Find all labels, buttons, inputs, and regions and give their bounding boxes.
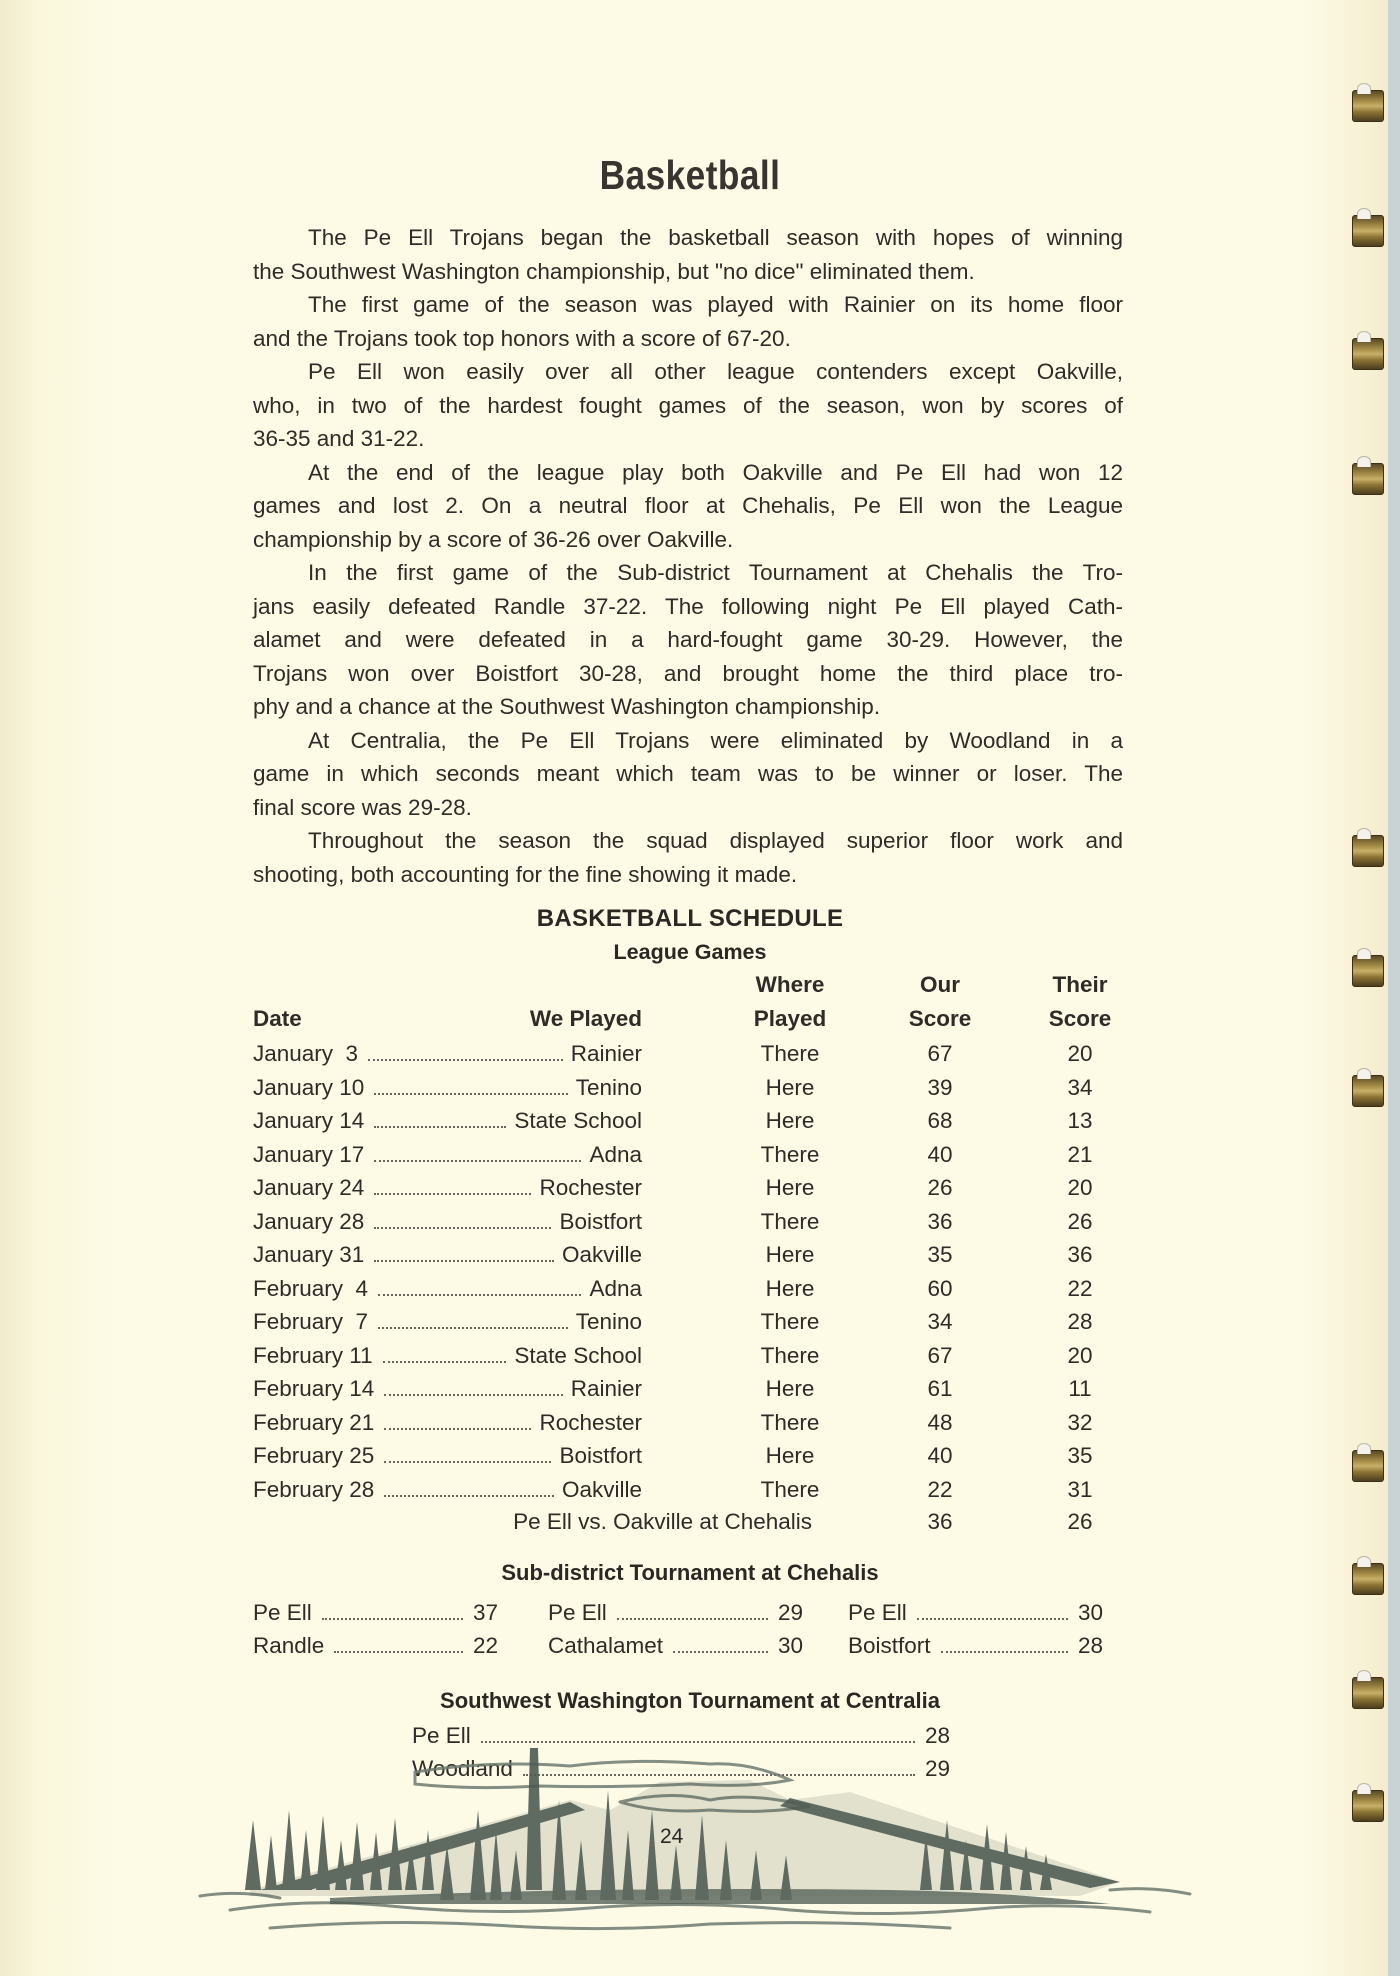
binding-ring-icon	[1352, 835, 1384, 867]
body-line: Pe Ell won easily over all other league …	[253, 355, 1123, 389]
opponent-name: Tenino	[576, 1309, 642, 1335]
where-played: There	[730, 1343, 850, 1369]
where-played: Here	[730, 1242, 850, 1268]
their-score: 32	[1020, 1410, 1140, 1436]
body-line: the Southwest Washington championship, b…	[253, 255, 1123, 289]
body-line: championship by a score of 36-26 over Oa…	[253, 523, 1123, 557]
body-paragraph: Pe Ell won easily over all other league …	[253, 355, 1123, 456]
body-line: Trojans won over Boistfort 30-28, and br…	[253, 657, 1123, 691]
game-date: February 28	[253, 1477, 374, 1503]
where-played: There	[730, 1477, 850, 1503]
team-name: Pe Ell	[253, 1600, 312, 1626]
opponent-name: Oakville	[562, 1242, 642, 1268]
date-opponent-cell: February 14Rainier	[253, 1376, 642, 1402]
dot-leader	[374, 1160, 581, 1162]
opponent-name: Boistfort	[559, 1209, 642, 1235]
body-line: phy and a chance at the Southwest Washin…	[253, 690, 1123, 724]
binding-ring-icon	[1352, 338, 1384, 370]
their-score: 36	[1020, 1242, 1140, 1268]
column-header-their-top: Their	[1020, 972, 1140, 998]
team-score: 30	[1078, 1600, 1103, 1626]
our-score: 60	[880, 1276, 1000, 1302]
team-score: 37	[473, 1600, 498, 1626]
game-date: February 21	[253, 1410, 374, 1436]
opponent-name: Tenino	[576, 1075, 642, 1101]
column-header-our-top: Our	[880, 972, 1000, 998]
game-date: February 14	[253, 1376, 374, 1402]
body-line: Throughout the season the squad displaye…	[253, 824, 1123, 858]
team-score: 22	[473, 1633, 498, 1659]
their-score: 34	[1020, 1075, 1140, 1101]
column-header-their-bottom: Score	[1020, 1006, 1140, 1032]
our-score: 26	[880, 1175, 1000, 1201]
their-score: 31	[1020, 1477, 1140, 1503]
their-score: 28	[1020, 1309, 1140, 1335]
centralia-heading: Southwest Washington Tournament at Centr…	[0, 1688, 1380, 1714]
date-opponent-cell: February 28Oakville	[253, 1477, 642, 1503]
game-date: February 4	[253, 1276, 368, 1302]
subdistrict-heading: Sub-district Tournament at Chehalis	[0, 1560, 1380, 1586]
subdistrict-result: Cathalamet30	[548, 1633, 803, 1659]
subdistrict-result: Randle22	[253, 1633, 498, 1659]
team-name: Pe Ell	[848, 1600, 907, 1626]
body-line: The first game of the season was played …	[253, 288, 1123, 322]
page-title: Basketball	[97, 152, 1284, 199]
opponent-name: State School	[514, 1343, 642, 1369]
team-score: 29	[778, 1600, 803, 1626]
team-name: Pe Ell	[548, 1600, 607, 1626]
dot-leader	[368, 1059, 563, 1061]
body-paragraph: In the first game of the Sub-district To…	[253, 556, 1123, 724]
where-played: Here	[730, 1443, 850, 1469]
body-line: shooting, both accounting for the fine s…	[253, 858, 1123, 892]
where-played: Here	[730, 1108, 850, 1134]
our-score: 61	[880, 1376, 1000, 1402]
dot-leader	[384, 1394, 562, 1396]
dot-leader	[378, 1294, 581, 1296]
game-date: January 17	[253, 1142, 364, 1168]
their-score: 20	[1020, 1175, 1140, 1201]
dot-leader	[384, 1428, 531, 1430]
body-line: At Centralia, the Pe Ell Trojans were el…	[253, 724, 1123, 758]
their-score: 22	[1020, 1276, 1140, 1302]
binding-ring-icon	[1352, 463, 1384, 495]
playoff-label: Pe Ell vs. Oakville at Chehalis	[450, 1509, 812, 1535]
our-score: 22	[880, 1477, 1000, 1503]
column-header-our-bottom: Score	[880, 1006, 1000, 1032]
our-score: 35	[880, 1242, 1000, 1268]
game-date: January 3	[253, 1041, 358, 1067]
schedule-heading: BASKETBALL SCHEDULE	[0, 905, 1380, 933]
date-opponent-cell: February 25Boistfort	[253, 1443, 642, 1469]
game-date: February 11	[253, 1343, 373, 1369]
column-header-date: Date	[253, 1006, 302, 1032]
where-played: There	[730, 1142, 850, 1168]
dot-leader	[374, 1227, 551, 1229]
dot-leader	[334, 1651, 463, 1653]
opponent-name: Adna	[589, 1142, 642, 1168]
body-line: games and lost 2. On a neutral floor at …	[253, 489, 1123, 523]
our-score: 48	[880, 1410, 1000, 1436]
our-score: 68	[880, 1108, 1000, 1134]
date-opponent-cell: February 4Adna	[253, 1276, 642, 1302]
body-paragraph: The first game of the season was played …	[253, 288, 1123, 355]
opponent-name: Oakville	[562, 1477, 642, 1503]
where-played: Here	[730, 1175, 850, 1201]
game-date: January 14	[253, 1108, 364, 1134]
team-score: 30	[778, 1633, 803, 1659]
column-header-we-played: We Played	[520, 1006, 642, 1032]
column-header-where-top: Where	[730, 972, 850, 998]
opponent-name: Rainier	[571, 1376, 642, 1402]
opponent-name: Rainier	[571, 1041, 642, 1067]
team-score: 28	[1078, 1633, 1103, 1659]
dot-leader	[374, 1093, 567, 1095]
body-line: At the end of the league play both Oakvi…	[253, 456, 1123, 490]
date-opponent-cell: January 28Boistfort	[253, 1209, 642, 1235]
date-opponent-cell: January 3Rainier	[253, 1041, 642, 1067]
body-line: final score was 29-28.	[253, 791, 1123, 825]
binding-ring-icon	[1352, 90, 1384, 122]
their-score: 20	[1020, 1343, 1140, 1369]
body-line: who, in two of the hardest fought games …	[253, 389, 1123, 423]
our-score: 36	[880, 1209, 1000, 1235]
article-body: The Pe Ell Trojans began the basketball …	[253, 221, 1123, 891]
dot-leader	[322, 1618, 463, 1620]
where-played: There	[730, 1209, 850, 1235]
binding-ring-icon	[1352, 215, 1384, 247]
game-date: February 7	[253, 1309, 368, 1335]
their-score: 20	[1020, 1041, 1140, 1067]
game-date: January 24	[253, 1175, 364, 1201]
our-score: 40	[880, 1443, 1000, 1469]
their-score: 11	[1020, 1376, 1140, 1402]
body-paragraph: Throughout the season the squad displaye…	[253, 824, 1123, 891]
dot-leader	[374, 1193, 531, 1195]
opponent-name: State School	[514, 1108, 642, 1134]
body-paragraph: At the end of the league play both Oakvi…	[253, 456, 1123, 557]
where-played: There	[730, 1309, 850, 1335]
body-line: game in which seconds meant which team w…	[253, 757, 1123, 791]
our-score: 67	[880, 1041, 1000, 1067]
where-played: Here	[730, 1276, 850, 1302]
dot-leader	[617, 1618, 768, 1620]
body-line: and the Trojans took top honors with a s…	[253, 322, 1123, 356]
date-opponent-cell: February 11State School	[253, 1343, 642, 1369]
binding-ring-icon	[1352, 1790, 1384, 1822]
playoff-their-score: 26	[1020, 1509, 1140, 1535]
binding-ring-icon	[1352, 1450, 1384, 1482]
mountain-forest-lake-sketch-icon	[190, 1740, 1220, 1940]
dot-leader	[384, 1461, 551, 1463]
body-paragraph: The Pe Ell Trojans began the basketball …	[253, 221, 1123, 288]
opponent-name: Adna	[589, 1276, 642, 1302]
game-date: January 31	[253, 1242, 364, 1268]
dot-leader	[374, 1260, 554, 1262]
team-name: Boistfort	[848, 1633, 931, 1659]
body-line: In the first game of the Sub-district To…	[253, 556, 1123, 590]
dot-leader	[378, 1327, 568, 1329]
dot-leader	[384, 1495, 554, 1497]
our-score: 34	[880, 1309, 1000, 1335]
where-played: There	[730, 1041, 850, 1067]
column-header-where-bottom: Played	[730, 1006, 850, 1032]
subdistrict-result: Pe Ell37	[253, 1600, 498, 1626]
dot-leader	[383, 1361, 507, 1363]
subdistrict-result: Pe Ell30	[848, 1600, 1103, 1626]
game-date: February 25	[253, 1443, 374, 1469]
game-date: January 28	[253, 1209, 364, 1235]
page-number: 24	[660, 1825, 683, 1849]
dot-leader	[673, 1651, 768, 1653]
dot-leader	[374, 1126, 506, 1128]
our-score: 67	[880, 1343, 1000, 1369]
team-name: Randle	[253, 1633, 324, 1659]
their-score: 13	[1020, 1108, 1140, 1134]
date-opponent-cell: January 14State School	[253, 1108, 642, 1134]
our-score: 39	[880, 1075, 1000, 1101]
body-line: The Pe Ell Trojans began the basketball …	[253, 221, 1123, 255]
where-played: Here	[730, 1075, 850, 1101]
subdistrict-result: Boistfort28	[848, 1633, 1103, 1659]
body-line: 36-35 and 31-22.	[253, 422, 1123, 456]
their-score: 35	[1020, 1443, 1140, 1469]
binding-ring-icon	[1352, 1075, 1384, 1107]
date-opponent-cell: January 17Adna	[253, 1142, 642, 1168]
playoff-our-score: 36	[880, 1509, 1000, 1535]
body-line: alamet and were defeated in a hard-fough…	[253, 623, 1123, 657]
dot-leader	[917, 1618, 1068, 1620]
their-score: 21	[1020, 1142, 1140, 1168]
date-opponent-cell: January 31Oakville	[253, 1242, 642, 1268]
team-name: Cathalamet	[548, 1633, 663, 1659]
body-line: jans easily defeated Randle 37-22. The f…	[253, 590, 1123, 624]
opponent-name: Boistfort	[559, 1443, 642, 1469]
yearbook-page: Basketball The Pe Ell Trojans began the …	[0, 0, 1388, 1976]
opponent-name: Rochester	[539, 1175, 642, 1201]
date-opponent-cell: February 21Rochester	[253, 1410, 642, 1436]
subdistrict-result: Pe Ell29	[548, 1600, 803, 1626]
where-played: Here	[730, 1376, 850, 1402]
game-date: January 10	[253, 1075, 364, 1101]
date-opponent-cell: February 7Tenino	[253, 1309, 642, 1335]
dot-leader	[941, 1651, 1068, 1653]
where-played: There	[730, 1410, 850, 1436]
our-score: 40	[880, 1142, 1000, 1168]
league-games-subheading: League Games	[0, 940, 1380, 965]
opponent-name: Rochester	[539, 1410, 642, 1436]
date-opponent-cell: January 24Rochester	[253, 1175, 642, 1201]
body-paragraph: At Centralia, the Pe Ell Trojans were el…	[253, 724, 1123, 825]
date-opponent-cell: January 10Tenino	[253, 1075, 642, 1101]
their-score: 26	[1020, 1209, 1140, 1235]
